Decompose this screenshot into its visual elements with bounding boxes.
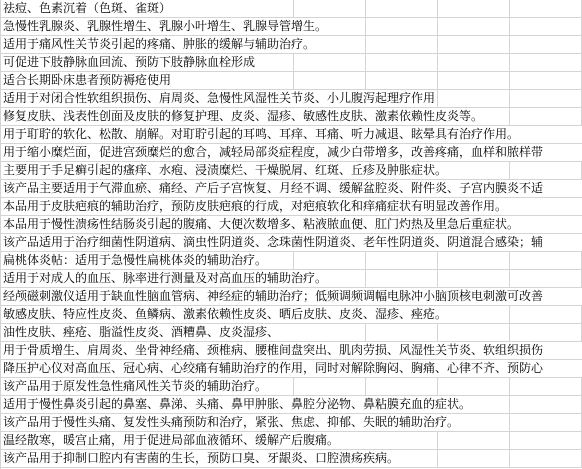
- empty-cell[interactable]: [510, 72, 581, 89]
- cell-a[interactable]: 本品用于皮肤疤痕的辅助治疗，预防皮肤疤痕的行成，对疤痕软化和痒痛症状有明显改善作…: [1, 198, 582, 215]
- cell-a[interactable]: 降压护心仪对高血压、冠心病、心绞痛有辅助治疗的作用，同时对解除胸闷、胸痛、心律不…: [1, 360, 582, 377]
- cell-a[interactable]: 该产品用于抑制口腔内有害菌的生长，预防口臭、牙龈炎、口腔溃疡疾病。: [1, 450, 437, 467]
- empty-cell[interactable]: [438, 378, 509, 395]
- table-row: 油性皮肤、痤疮、脂溢性皮炎、酒糟鼻、皮炎湿疹、: [0, 324, 582, 342]
- empty-cell[interactable]: [510, 54, 581, 71]
- table-row: 该产品适用于治疗细菌性阴道病、滴虫性阴道炎、念珠菌性阴道炎、老年性阴道炎、阴道混…: [0, 234, 582, 252]
- cell-a[interactable]: 用于耵聍的软化、松散、崩解。对耵聍引起的耳鸣、耳痒、耳痛、听力减退、眩晕具有治疗…: [1, 126, 582, 143]
- cell-a[interactable]: 主要用于手足癣引起的瘙痒、水疱、浸渍糜烂、干燥脱屑、红斑、丘疹及肿胀症状。: [1, 162, 509, 179]
- empty-cell[interactable]: [510, 450, 581, 467]
- empty-cell[interactable]: [438, 90, 509, 107]
- empty-cell[interactable]: [510, 18, 581, 35]
- empty-cell[interactable]: [510, 36, 581, 53]
- cell-a[interactable]: 祛痘、色素沉着（色斑、雀斑）: [1, 0, 293, 17]
- table-row: 该产品用于抑制口腔内有害菌的生长，预防口臭、牙龈炎、口腔溃疡疾病。: [0, 450, 582, 468]
- cell-a[interactable]: 该产品用于原发性急性痛风性关节炎的辅助治疗。: [1, 378, 293, 395]
- cell-a[interactable]: 扁桃体炎帖：适用于急慢性扁桃体炎的辅助治疗。: [1, 252, 293, 269]
- table-row: 修复皮肤、浅表性创面及皮肤的修复护理、皮炎、湿疹、敏感性皮肤、激素依赖性皮炎等。: [0, 108, 582, 126]
- empty-cell[interactable]: [294, 54, 365, 71]
- cell-a[interactable]: 用于缩小糜烂面，促进宫颈糜烂的愈合，减轻局部炎症程度，减少白带增多，改善疼痛，血…: [1, 144, 582, 161]
- empty-cell[interactable]: [438, 324, 509, 341]
- table-row: 温经散寒，暖宫止痛，用于促进局部血液循环、缓解产后腹痛。: [0, 432, 582, 450]
- table-row: 用于缩小糜烂面，促进宫颈糜烂的愈合，减轻局部炎症程度，减少白带增多，改善疼痛，血…: [0, 144, 582, 162]
- empty-cell[interactable]: [510, 306, 581, 323]
- empty-cell[interactable]: [366, 72, 437, 89]
- empty-cell[interactable]: [366, 378, 437, 395]
- cell-a[interactable]: 适用于对成人的血压、脉率进行测量及对高血压的辅助治疗。: [1, 270, 365, 287]
- table-row: 扁桃体炎帖：适用于急慢性扁桃体炎的辅助治疗。: [0, 252, 582, 270]
- table-row: 该产品主要适用于气滞血瘀、痛经、产后子宫恢复、月经不调、缓解盆腔炎、附件炎、子宫…: [0, 180, 582, 198]
- table-row: 适合长期卧床患者预防褥疮使用: [0, 72, 582, 90]
- cell-a[interactable]: 本品用于慢性溃疡性结肠炎引起的腹痛、大便次数增多、粘液脓血便、肛门灼热及里急后重…: [1, 216, 582, 233]
- empty-cell[interactable]: [438, 432, 509, 449]
- empty-cell[interactable]: [438, 252, 509, 269]
- cell-a[interactable]: 适用于慢性鼻炎引起的鼻塞、鼻涕、头痛、鼻甲肿胀、鼻腔分泌物、鼻粘膜充血的症状。: [1, 396, 509, 413]
- table-row: 本品用于慢性溃疡性结肠炎引起的腹痛、大便次数增多、粘液脓血便、肛门灼热及里急后重…: [0, 216, 582, 234]
- spreadsheet-grid: 祛痘、色素沉着（色斑、雀斑）急慢性乳腺炎、乳腺性增生、乳腺小叶增生、乳腺导管增生…: [0, 0, 582, 469]
- cell-a[interactable]: 敏感皮肤、特应性皮炎、鱼鳞病、激素依赖性皮炎、晒后皮肤、皮炎、湿疹、痤疮。: [1, 306, 509, 323]
- empty-cell[interactable]: [294, 252, 365, 269]
- empty-cell[interactable]: [366, 54, 437, 71]
- empty-cell[interactable]: [366, 0, 437, 17]
- table-row: 降压护心仪对高血压、冠心病、心绞痛有辅助治疗的作用，同时对解除胸闷、胸痛、心律不…: [0, 360, 582, 378]
- cell-a[interactable]: 用于骨质增生、肩周炎、坐骨神经痛、颈椎病、腰椎间盘突出、肌肉劳损、风湿性关节炎、…: [1, 342, 582, 359]
- cell-a[interactable]: 油性皮肤、痤疮、脂溢性皮炎、酒糟鼻、皮炎湿疹、: [1, 324, 365, 341]
- table-row: 适用于慢性鼻炎引起的鼻塞、鼻涕、头痛、鼻甲肿胀、鼻腔分泌物、鼻粘膜充血的症状。: [0, 396, 582, 414]
- empty-cell[interactable]: [510, 414, 581, 431]
- table-row: 急慢性乳腺炎、乳腺性增生、乳腺小叶增生、乳腺导管增生。: [0, 18, 582, 36]
- table-row: 适用于痛风性关节炎引起的疼痛、肿胀的缓解与辅助治疗。: [0, 36, 582, 54]
- empty-cell[interactable]: [438, 36, 509, 53]
- empty-cell[interactable]: [510, 396, 581, 413]
- table-row: 用于耵聍的软化、松散、崩解。对耵聍引起的耳鸣、耳痒、耳痛、听力减退、眩晕具有治疗…: [0, 126, 582, 144]
- cell-a[interactable]: 急慢性乳腺炎、乳腺性增生、乳腺小叶增生、乳腺导管增生。: [1, 18, 365, 35]
- empty-cell[interactable]: [294, 72, 365, 89]
- table-row: 经颅磁刺激仪适用于缺血性脑血管病、神经症的辅助治疗；低频调频调幅电脉冲小脑顶核电…: [0, 288, 582, 306]
- empty-cell[interactable]: [438, 450, 509, 467]
- empty-cell[interactable]: [294, 0, 365, 17]
- empty-cell[interactable]: [510, 432, 581, 449]
- grid-left-border: [0, 0, 1, 469]
- cell-a[interactable]: 适合长期卧床患者预防褥疮使用: [1, 72, 293, 89]
- table-row: 本品用于皮肤疤痕的辅助治疗，预防皮肤疤痕的行成，对疤痕软化和痒痛症状有明显改善作…: [0, 198, 582, 216]
- table-row: 可促进下肢静脉血回流、预防下肢静脉血栓形成: [0, 54, 582, 72]
- empty-cell[interactable]: [510, 162, 581, 179]
- cell-a[interactable]: 适用于对闭合性软组织损伤、肩周炎、急慢性风湿性关节炎、小儿腹泻起理疗作用: [1, 90, 437, 107]
- empty-cell[interactable]: [510, 378, 581, 395]
- cell-a[interactable]: 温经散寒，暖宫止痛，用于促进局部血液循环、缓解产后腹痛。: [1, 432, 437, 449]
- empty-cell[interactable]: [438, 54, 509, 71]
- cell-a[interactable]: 该产品适用于治疗细菌性阴道病、滴虫性阴道炎、念珠菌性阴道炎、老年性阴道炎、阴道混…: [1, 234, 582, 251]
- table-row: 敏感皮肤、特应性皮炎、鱼鳞病、激素依赖性皮炎、晒后皮肤、皮炎、湿疹、痤疮。: [0, 306, 582, 324]
- empty-cell[interactable]: [438, 72, 509, 89]
- empty-cell[interactable]: [366, 252, 437, 269]
- cell-a[interactable]: 可促进下肢静脉血回流、预防下肢静脉血栓形成: [1, 54, 293, 71]
- empty-cell[interactable]: [366, 324, 437, 341]
- empty-cell[interactable]: [366, 18, 437, 35]
- cell-a[interactable]: 该产品用于慢性头痛、复发性头痛预防和治疗，紧张、焦虑、抑郁、失眠的辅助治疗。: [1, 414, 509, 431]
- table-row: 该产品用于慢性头痛、复发性头痛预防和治疗，紧张、焦虑、抑郁、失眠的辅助治疗。: [0, 414, 582, 432]
- cell-a[interactable]: 经颅磁刺激仪适用于缺血性脑血管病、神经症的辅助治疗；低频调频调幅电脉冲小脑顶核电…: [1, 288, 582, 305]
- empty-cell[interactable]: [438, 0, 509, 17]
- empty-cell[interactable]: [510, 324, 581, 341]
- empty-cell[interactable]: [438, 270, 509, 287]
- table-row: 祛痘、色素沉着（色斑、雀斑）: [0, 0, 582, 18]
- empty-cell[interactable]: [366, 36, 437, 53]
- empty-cell[interactable]: [366, 270, 437, 287]
- empty-cell[interactable]: [510, 252, 581, 269]
- table-row: 主要用于手足癣引起的瘙痒、水疱、浸渍糜烂、干燥脱屑、红斑、丘疹及肿胀症状。: [0, 162, 582, 180]
- empty-cell[interactable]: [510, 270, 581, 287]
- cell-a[interactable]: 该产品主要适用于气滞血瘀、痛经、产后子宫恢复、月经不调、缓解盆腔炎、附件炎、子宫…: [1, 180, 582, 197]
- cell-a[interactable]: 适用于痛风性关节炎引起的疼痛、肿胀的缓解与辅助治疗。: [1, 36, 365, 53]
- table-row: 适用于对成人的血压、脉率进行测量及对高血压的辅助治疗。: [0, 270, 582, 288]
- empty-cell[interactable]: [510, 0, 581, 17]
- table-row: 该产品用于原发性急性痛风性关节炎的辅助治疗。: [0, 378, 582, 396]
- table-row: 适用于对闭合性软组织损伤、肩周炎、急慢性风湿性关节炎、小儿腹泻起理疗作用: [0, 90, 582, 108]
- empty-cell[interactable]: [510, 90, 581, 107]
- empty-cell[interactable]: [438, 18, 509, 35]
- table-row: 用于骨质增生、肩周炎、坐骨神经痛、颈椎病、腰椎间盘突出、肌肉劳损、风湿性关节炎、…: [0, 342, 582, 360]
- empty-cell[interactable]: [510, 108, 581, 125]
- cell-a[interactable]: 修复皮肤、浅表性创面及皮肤的修复护理、皮炎、湿疹、敏感性皮肤、激素依赖性皮炎等。: [1, 108, 509, 125]
- empty-cell[interactable]: [294, 378, 365, 395]
